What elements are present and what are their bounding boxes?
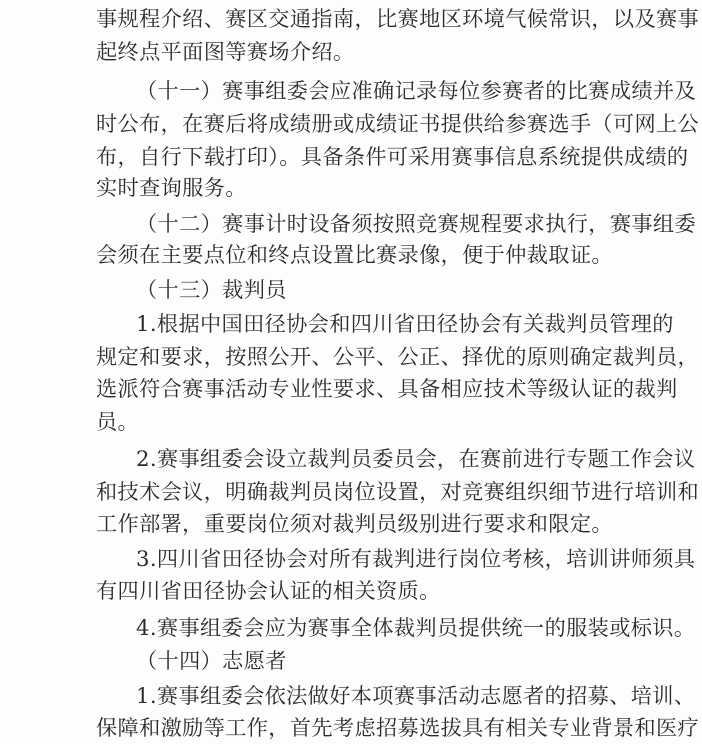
document-page: 事规程介绍、赛区交通指南，比赛地区环境气候常识，以及赛事 起终点平面图等赛场介绍… [0,0,702,744]
section-14-heading: （十四）志愿者 [136,648,611,674]
paragraph-line: 和技术会议，明确裁判员岗位设置，对竞赛组织细节进行培训和 [96,479,611,505]
paragraph-line: 员。 [96,409,611,435]
paragraph-line: 会须在主要点位和终点设置比赛录像，便于仲裁取证。 [96,242,611,268]
section-13-heading: （十三）裁判员 [136,277,611,303]
section-11-line: （十一）赛事组委会应准确记录每位参赛者的比赛成绩并及 [136,78,611,104]
item-1-line: 1.根据中国田径协会和四川省田径协会有关裁判员管理的 [136,311,611,337]
item-1-line: 1.赛事组委会依法做好本项赛事活动志愿者的招募、培训、 [136,683,611,709]
paragraph-line: 布，自行下载打印）。具备条件可采用赛事信息系统提供成绩的 [96,144,611,170]
paragraph-line: 起终点平面图等赛场介绍。 [96,39,611,65]
paragraph-line: 规定和要求，按照公开、公平、公正、择优的原则确定裁判员， [96,344,611,370]
paragraph-line: 工作部署，重要岗位须对裁判员级别进行要求和限定。 [96,511,611,537]
paragraph-line: 有四川省田径协会认证的相关资质。 [96,578,611,604]
paragraph-line: 选派符合赛事活动专业性要求、具备相应技术等级认证的裁判 [96,376,611,402]
paragraph-line: 保障和激励等工作，首先考虑招募选拔具有相关专业背景和医疗 [96,715,611,741]
item-2-line: 2.赛事组委会设立裁判员委员会，在赛前进行专题工作会议 [136,446,611,472]
paragraph-line: 事规程介绍、赛区交通指南，比赛地区环境气候常识，以及赛事 [96,6,611,32]
item-4-line: 4.赛事组委会应为赛事全体裁判员提供统一的服装或标识。 [136,615,611,641]
paragraph-line: 实时查询服务。 [96,175,611,201]
paragraph-line: 时公布，在赛后将成绩册或成绩证书提供给参赛选手（可网上公 [96,111,611,137]
item-3-line: 3.四川省田径协会对所有裁判进行岗位考核，培训讲师须具 [136,546,611,572]
section-12-line: （十二）赛事计时设备须按照竞赛规程要求执行，赛事组委 [136,211,611,237]
